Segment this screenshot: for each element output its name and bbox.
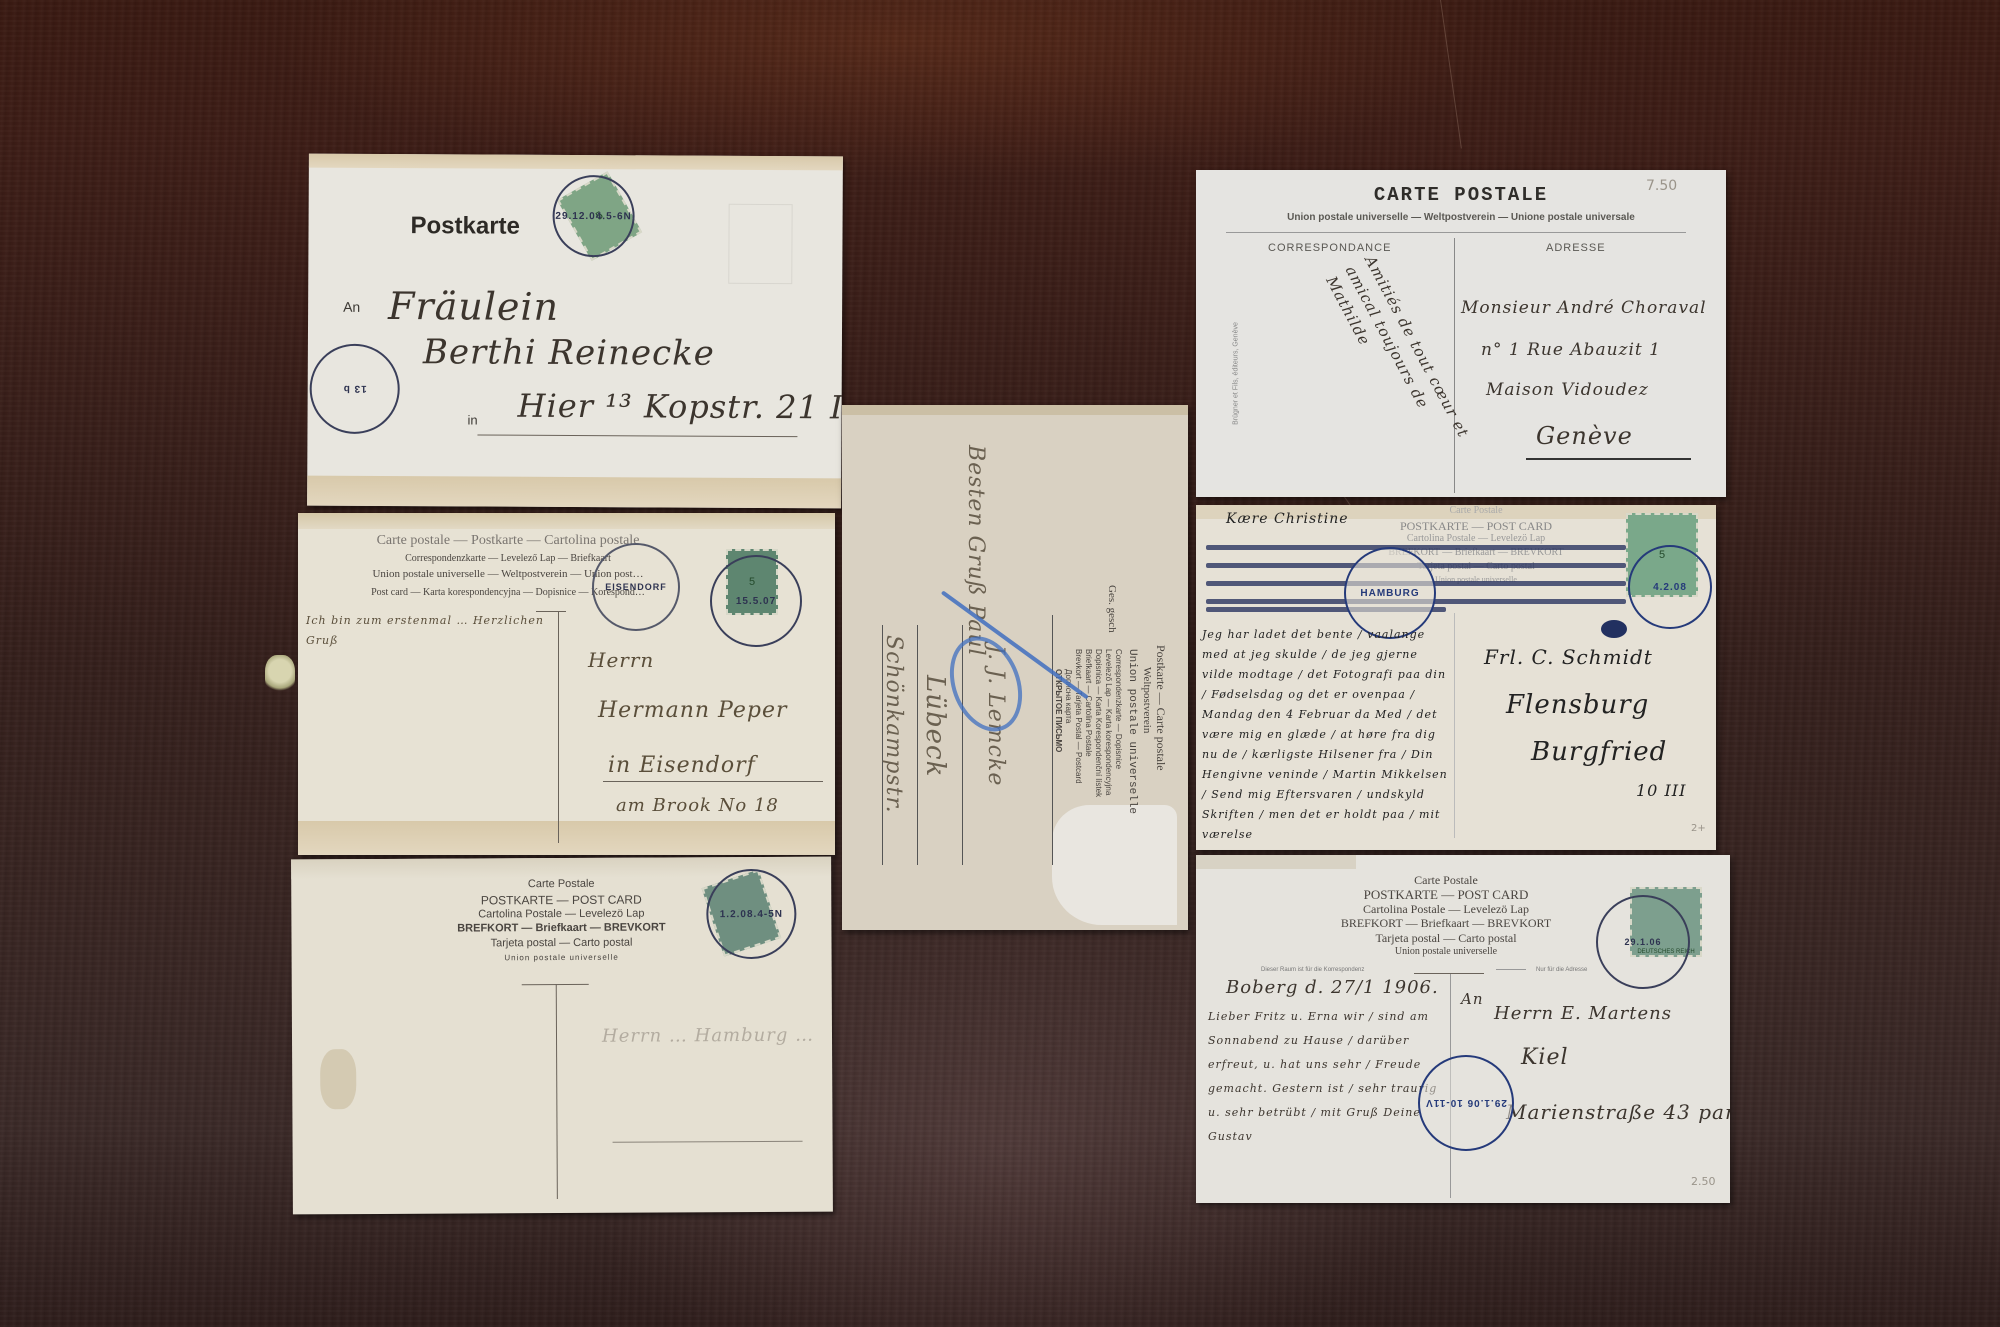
address-line-3: Schönkampstr.	[881, 635, 906, 814]
price-note: 7.50	[1646, 178, 1677, 194]
header-line-2: POSTKARTE — POST CARD	[1346, 519, 1606, 534]
postcard-carte-postale-geneve[interactable]: CARTE POSTALE Union postale universelle …	[1196, 170, 1726, 497]
header-line-6: Dopisnica — Karta Korespondenční lístek	[1094, 649, 1103, 797]
header-rule	[1226, 232, 1686, 233]
dateline: Boberg d. 27/1 1906.	[1226, 977, 1439, 998]
wavy-cancel-line	[1206, 545, 1626, 550]
address-line-4: 10 III	[1636, 781, 1686, 800]
message-text: Amitiés de tout cœur et amical toujours …	[1321, 252, 1492, 495]
postmark-altona: 1.2.08.4-5N	[706, 869, 796, 959]
address-underline	[1526, 458, 1691, 460]
header-line-3: Cartolina Postale — Levelezö Lap	[1346, 533, 1606, 544]
address-line-1: Monsieur André Choraval	[1461, 298, 1707, 318]
address-line-2: Lübeck	[920, 675, 950, 777]
postcard-kiel[interactable]: Carte Postale POSTKARTE — POST CARD Cart…	[1196, 855, 1730, 1203]
address-faded: Herrn … Hamburg …	[602, 1025, 814, 1047]
greeting: Kære Christine	[1226, 511, 1349, 527]
postcard-postkarte-hamburg[interactable]: Postkarte An in Fräulein Berthi Reinecke…	[307, 154, 843, 509]
label-an: An	[343, 299, 360, 315]
small-print: Ges. gesch	[1106, 585, 1118, 633]
divider-line	[1454, 613, 1455, 838]
postcard-hamburg-flensburg[interactable]: Carte Postale POSTKARTE — POST CARD Cart…	[1196, 505, 1716, 850]
postmark-eisendorf: EISENDORF	[592, 543, 680, 631]
address-line-3: Maison Vidoudez	[1486, 380, 1649, 400]
rule-1	[1052, 615, 1053, 865]
address-line-1: Fräulein	[388, 284, 559, 329]
header-line-8: Brevkort — Tarjeta Postal — Postcard	[1074, 649, 1083, 784]
postcard-lubeck-vertical[interactable]: Ges. gesch Postkarte — Carte postale Wel…	[842, 405, 1188, 930]
ink-blot	[1601, 620, 1627, 638]
caption-rule	[1496, 969, 1526, 970]
address-line-2: Hermann Peper	[598, 698, 787, 723]
card-title: Postkarte	[410, 212, 520, 241]
postcard-altona-faded[interactable]: Carte Postale POSTKARTE — POST CARD Cart…	[291, 857, 833, 1215]
postmark-hamburg: 29.12.04.5-6N	[552, 175, 634, 257]
address-line-3: Marienstraße 43 part.	[1506, 1100, 1730, 1124]
pencil-note: 2.50	[1691, 1175, 1716, 1188]
publisher-imprint: Brügner et Fils, éditeurs, Genève	[1233, 274, 1240, 474]
header-line-3: Union postale universelle	[1126, 649, 1138, 814]
label-in: in	[467, 412, 477, 427]
divider-line	[558, 611, 559, 843]
address-line-4: Genève	[1536, 422, 1633, 450]
divider-cap	[522, 984, 589, 985]
postmark-arrival: 4.2.08	[1628, 545, 1712, 629]
address-line-3: Hier ¹³ Kopstr. 21 I	[518, 387, 843, 427]
address-line-1: Herrn E. Martens	[1494, 1003, 1672, 1024]
pencil-note: 2+	[1691, 823, 1706, 834]
torn-corner	[1052, 805, 1177, 925]
right-caption: Nur für die Adresse	[1536, 967, 1587, 973]
divider-cap	[1414, 973, 1484, 974]
address-line-1: Frl. C. Schmidt	[1484, 645, 1653, 669]
address-line-3: Burgfried	[1531, 737, 1667, 767]
stain	[320, 1049, 356, 1109]
header-line-7: Briefkaart — Cartolina Postale	[1084, 649, 1093, 757]
card-subtitle: Union postale universelle — Weltpostvere…	[1196, 212, 1726, 223]
address-line-4: am Brook No 18	[616, 795, 779, 816]
header-line-2: Weltpostverein	[1141, 667, 1153, 733]
address-line-2: n° 1 Rue Abauzit 1	[1481, 340, 1661, 360]
address-line-3: in Eisendorf	[608, 753, 756, 778]
card-edge-bottom	[307, 476, 841, 509]
postmark-hamburg-arrival: 13 b	[309, 344, 399, 434]
postcard-weltpostverein-eisendorf[interactable]: Carte postale — Postkarte — Cartolina po…	[298, 513, 835, 855]
address-line-2: Kiel	[1521, 1045, 1569, 1070]
header-line-1: Postkarte — Carte postale	[1153, 645, 1168, 771]
address-rule	[613, 1141, 803, 1143]
postmark-rittfeld: 15.5.07	[710, 555, 802, 647]
dried-flower	[265, 655, 295, 695]
header-line-9: Дописна карта	[1064, 669, 1073, 723]
address-rule	[477, 434, 797, 437]
address-line-1: Herrn	[588, 648, 654, 672]
postmark-kiel: 29.1.06 10-11V	[1418, 1055, 1514, 1151]
card-edge-top	[298, 513, 835, 529]
table-scratch	[1440, 0, 1462, 149]
divider-line	[556, 984, 558, 1199]
address-line-2: Berthi Reinecke	[423, 332, 715, 374]
stamp-box-outline	[728, 204, 792, 284]
postmark-kirchsteinbek: 29.1.06	[1596, 895, 1690, 989]
adresse-label: ADRESSE	[1546, 242, 1606, 254]
header-line-5: Levelező Lap — Karta korespondencyjna	[1104, 649, 1113, 795]
address-prefix: An	[1461, 990, 1484, 1008]
address-line-2: Flensburg	[1506, 690, 1649, 720]
card-edge-top	[1196, 855, 1356, 869]
card-edge-bottom	[298, 821, 835, 855]
header-line-1: Carte Postale	[1346, 505, 1606, 516]
address-rule	[603, 781, 823, 782]
rule-3	[917, 625, 918, 865]
message-text: Jeg har ladet det bente / vaalange med a…	[1202, 625, 1452, 845]
message-text: Lieber Fritz u. Erna wir / sind am Sonna…	[1208, 1005, 1448, 1149]
left-caption: Dieser Raum ist für die Korrespondenz	[1261, 967, 1364, 973]
header-line-1: Carte Postale	[1196, 873, 1696, 888]
correspondance-label: CORRESPONDANCE	[1268, 242, 1391, 254]
card-edge-top	[309, 154, 843, 171]
message-text: Ich bin zum erstenmal … Herzlichen Gruß	[306, 611, 551, 651]
header-line-4: Correspondenzkarte — Dopisnice	[1114, 649, 1123, 769]
